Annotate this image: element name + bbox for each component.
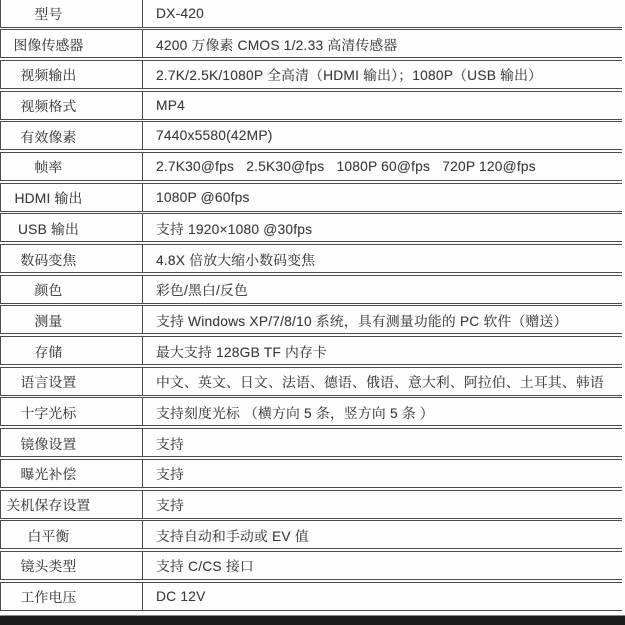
table-row: 视频格式 MP4 — [0, 91, 622, 120]
spec-value: 4200 万像素 CMOS 1/2.33 高清传感器 — [156, 34, 397, 54]
spec-value-cell: 支持 C/CS 接口 — [143, 552, 622, 579]
spec-value-cell: 7440x5580(42MP) — [143, 122, 622, 149]
spec-label-cell: 镜像设置 — [1, 429, 143, 456]
spec-label-cell: 语言设置 — [1, 368, 143, 395]
spec-label: 镜头类型 — [21, 555, 77, 575]
spec-label-cell: 曝光补偿 — [1, 460, 143, 487]
table-row: USB 输出 支持 1920×1080 @30fps — [0, 213, 622, 242]
spec-value: 支持 1920×1080 @30fps — [156, 218, 312, 238]
spec-value: 最大支持 128GB TF 内存卡 — [156, 341, 327, 361]
spec-label: 十字光标 — [21, 402, 77, 422]
table-row: 镜头类型 支持 C/CS 接口 — [0, 551, 622, 580]
bottom-dark-bar — [0, 615, 625, 625]
spec-label-cell: 颜色 — [1, 276, 143, 303]
spec-value: 2.7K/2.5K/1080P 全高清（HDMI 输出）；1080P（USB 输… — [156, 64, 542, 84]
spec-value: 支持 — [156, 494, 184, 514]
spec-value-cell: 支持刻度光标 （横方向 5 条，竖方向 5 条 ） — [143, 398, 622, 425]
spec-label-cell: 型号 — [1, 0, 143, 27]
spec-value-cell: MP4 — [143, 92, 622, 119]
spec-label-cell: 白平衡 — [1, 521, 143, 548]
table-row: 语言设置 中文、英文、日文、法语、德语、俄语、意大利、阿拉伯、土耳其、韩语 — [0, 367, 622, 396]
spec-label-cell: 视频输出 — [1, 61, 143, 88]
spec-label: 有效像素 — [21, 126, 77, 146]
spec-label: USB 输出 — [18, 218, 79, 238]
table-row: 帧率 2.7K30@fps 2.5K30@fps 1080P 60@fps 72… — [0, 152, 622, 181]
spec-value-cell: 中文、英文、日文、法语、德语、俄语、意大利、阿拉伯、土耳其、韩语 — [143, 368, 622, 395]
spec-table-body: 型号 DX-420 图像传感器 4200 万像素 CMOS 1/2.33 高清传… — [0, 0, 622, 611]
spec-value-cell: 支持 — [143, 460, 622, 487]
table-row: 型号 DX-420 — [0, 0, 622, 28]
table-row: 十字光标 支持刻度光标 （横方向 5 条，竖方向 5 条 ） — [0, 397, 622, 426]
spec-value-cell: 支持 Windows XP/7/8/10 系统，具有测量功能的 PC 软件（赠送… — [143, 306, 622, 333]
spec-label: 曝光补偿 — [21, 463, 77, 483]
spec-label: 型号 — [35, 3, 63, 23]
spec-label-cell: 图像传感器 — [1, 30, 143, 57]
table-row: 白平衡 支持自动和手动或 EV 值 — [0, 520, 622, 549]
spec-label: 视频格式 — [21, 95, 77, 115]
spec-label: 颜色 — [35, 279, 63, 299]
spec-value-cell: 支持 — [143, 491, 622, 518]
spec-value-cell: DX-420 — [143, 0, 622, 27]
spec-value: DX-420 — [156, 6, 204, 21]
spec-value-cell: 1080P @60fps — [143, 184, 622, 211]
spec-label-cell: 帧率 — [1, 153, 143, 180]
spec-label: 存储 — [35, 341, 63, 361]
spec-value-cell: 4.8X 倍放大缩小数码变焦 — [143, 245, 622, 272]
spec-value: 中文、英文、日文、法语、德语、俄语、意大利、阿拉伯、土耳其、韩语 — [156, 371, 604, 391]
spec-value-cell: 最大支持 128GB TF 内存卡 — [143, 337, 622, 364]
table-row: 工作电压 DC 12V — [0, 582, 622, 611]
spec-sheet-page: 型号 DX-420 图像传感器 4200 万像素 CMOS 1/2.33 高清传… — [0, 0, 625, 625]
spec-label: 镜像设置 — [21, 433, 77, 453]
spec-value: 支持刻度光标 （横方向 5 条，竖方向 5 条 ） — [156, 402, 434, 422]
spec-label: 工作电压 — [21, 586, 77, 606]
spec-value: 4.8X 倍放大缩小数码变焦 — [156, 249, 315, 269]
spec-value-cell: DC 12V — [143, 583, 622, 610]
spec-label: 数码变焦 — [21, 249, 77, 269]
spec-value: 支持 — [156, 433, 184, 453]
spec-value: MP4 — [156, 98, 185, 113]
spec-value: 彩色/黑白/反色 — [156, 279, 248, 299]
spec-value-cell: 彩色/黑白/反色 — [143, 276, 622, 303]
spec-label-cell: USB 输出 — [1, 214, 143, 241]
spec-value: 支持 — [156, 463, 184, 483]
spec-value: 支持 Windows XP/7/8/10 系统，具有测量功能的 PC 软件（赠送… — [156, 310, 567, 330]
spec-value-cell: 2.7K/2.5K/1080P 全高清（HDMI 输出）；1080P（USB 输… — [143, 61, 622, 88]
table-row: 有效像素 7440x5580(42MP) — [0, 121, 622, 150]
spec-label: 图像传感器 — [14, 34, 84, 54]
spec-value: 7440x5580(42MP) — [156, 128, 273, 143]
table-row: 存储 最大支持 128GB TF 内存卡 — [0, 336, 622, 365]
table-row: 镜像设置 支持 — [0, 428, 622, 457]
spec-label: 语言设置 — [21, 371, 77, 391]
spec-value-cell: 支持自动和手动或 EV 值 — [143, 521, 622, 548]
spec-value: DC 12V — [156, 589, 206, 604]
table-row: 图像传感器 4200 万像素 CMOS 1/2.33 高清传感器 — [0, 29, 622, 58]
table-row: 视频输出 2.7K/2.5K/1080P 全高清（HDMI 输出）；1080P（… — [0, 60, 622, 89]
spec-label: 帧率 — [35, 156, 63, 176]
spec-value: 支持 C/CS 接口 — [156, 555, 254, 575]
spec-value-cell: 支持 1920×1080 @30fps — [143, 214, 622, 241]
table-row: 测量 支持 Windows XP/7/8/10 系统，具有测量功能的 PC 软件… — [0, 305, 622, 334]
spec-label-cell: 十字光标 — [1, 398, 143, 425]
spec-label: HDMI 输出 — [14, 187, 82, 207]
spec-value: 1080P @60fps — [156, 190, 250, 205]
spec-label-cell: 存储 — [1, 337, 143, 364]
spec-label-cell: 工作电压 — [1, 583, 143, 610]
spec-label: 测量 — [35, 310, 63, 330]
spec-label-cell: 关机保存设置 — [1, 491, 143, 518]
spec-label-cell: 数码变焦 — [1, 245, 143, 272]
table-row: 颜色 彩色/黑白/反色 — [0, 275, 622, 304]
spec-label-cell: 测量 — [1, 306, 143, 333]
table-row: 数码变焦 4.8X 倍放大缩小数码变焦 — [0, 244, 622, 273]
table-row: 关机保存设置 支持 — [0, 490, 622, 519]
spec-value-cell: 4200 万像素 CMOS 1/2.33 高清传感器 — [143, 30, 622, 57]
spec-value: 支持自动和手动或 EV 值 — [156, 525, 309, 545]
spec-value-cell: 2.7K30@fps 2.5K30@fps 1080P 60@fps 720P … — [143, 153, 622, 180]
spec-label: 关机保存设置 — [7, 494, 91, 514]
spec-value: 2.7K30@fps 2.5K30@fps 1080P 60@fps 720P … — [156, 159, 536, 174]
spec-label-cell: 视频格式 — [1, 92, 143, 119]
spec-label-cell: 有效像素 — [1, 122, 143, 149]
spec-value-cell: 支持 — [143, 429, 622, 456]
spec-label: 白平衡 — [28, 525, 70, 545]
table-row: 曝光补偿 支持 — [0, 459, 622, 488]
spec-label-cell: 镜头类型 — [1, 552, 143, 579]
table-row: HDMI 输出 1080P @60fps — [0, 183, 622, 212]
spec-label: 视频输出 — [21, 64, 77, 84]
spec-label-cell: HDMI 输出 — [1, 184, 143, 211]
